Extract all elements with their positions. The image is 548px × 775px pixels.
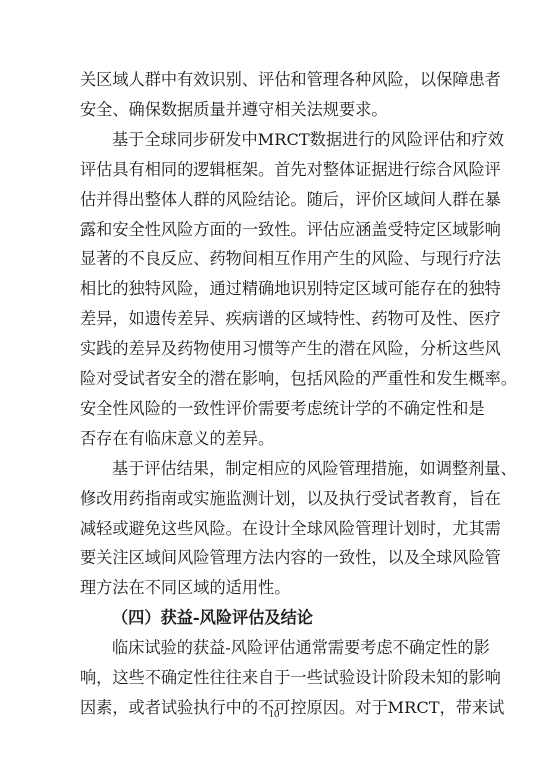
text-line: 安全性风险的一致性评价需要考虑统计学的不确定性和是 [80,394,461,424]
text-line: 评估具有相同的逻辑框架。首先对整体证据进行综合风险评 [80,155,461,185]
text-line: 险对受试者安全的潜在影响，包括风险的严重性和发生概率。 [80,364,461,394]
text-line: 修改用药指南或实施监测计划，以及执行受试者教育，旨在 [80,484,461,514]
section-heading: （四）获益-风险评估及结论 [112,603,461,633]
text-line: 减轻或避免这些风险。在设计全球风险管理计划时，尤其需 [80,514,461,544]
page-number: 10 [0,708,548,720]
text-line: 基于评估结果，制定相应的风险管理措施，如调整剂量、 [112,454,461,484]
text-line: 关区域人群中有效识别、评估和管理各种风险，以保障患者 [80,65,461,95]
text-line: 相比的独特风险，通过精确地识别特定区域可能存在的独特 [80,274,461,304]
text-line: 实践的差异及药物使用习惯等产生的潜在风险，分析这些风 [80,334,461,364]
text-line: 露和安全性风险方面的一致性。评估应涵盖受特定区域影响 [80,215,461,245]
text-line: 安全、确保数据质量并遵守相关法规要求。 [80,95,461,125]
document-page: 关区域人群中有效识别、评估和管理各种风险，以保障患者安全、确保数据质量并遵守相关… [0,0,548,775]
text-line: 基于全球同步研发中MRCT数据进行的风险评估和疗效 [112,125,461,155]
text-line: 估并得出整体人群的风险结论。随后，评价区域间人群在暴 [80,185,461,215]
text-line: 临床试验的获益-风险评估通常需要考虑不确定性的影 [112,633,461,663]
text-line: 响，这些不确定性往往来自于一些试验设计阶段未知的影响 [80,663,461,693]
text-line: 要关注区域间风险管理方法内容的一致性，以及全球风险管 [80,543,461,573]
text-line: 理方法在不同区域的适用性。 [80,573,461,603]
text-line: 否存在有临床意义的差异。 [80,424,461,454]
text-line: 显著的不良反应、药物间相互作用产生的风险、与现行疗法 [80,244,461,274]
text-line: 差异，如遗传差异、疾病谱的区域特性、药物可及性、医疗 [80,304,461,334]
